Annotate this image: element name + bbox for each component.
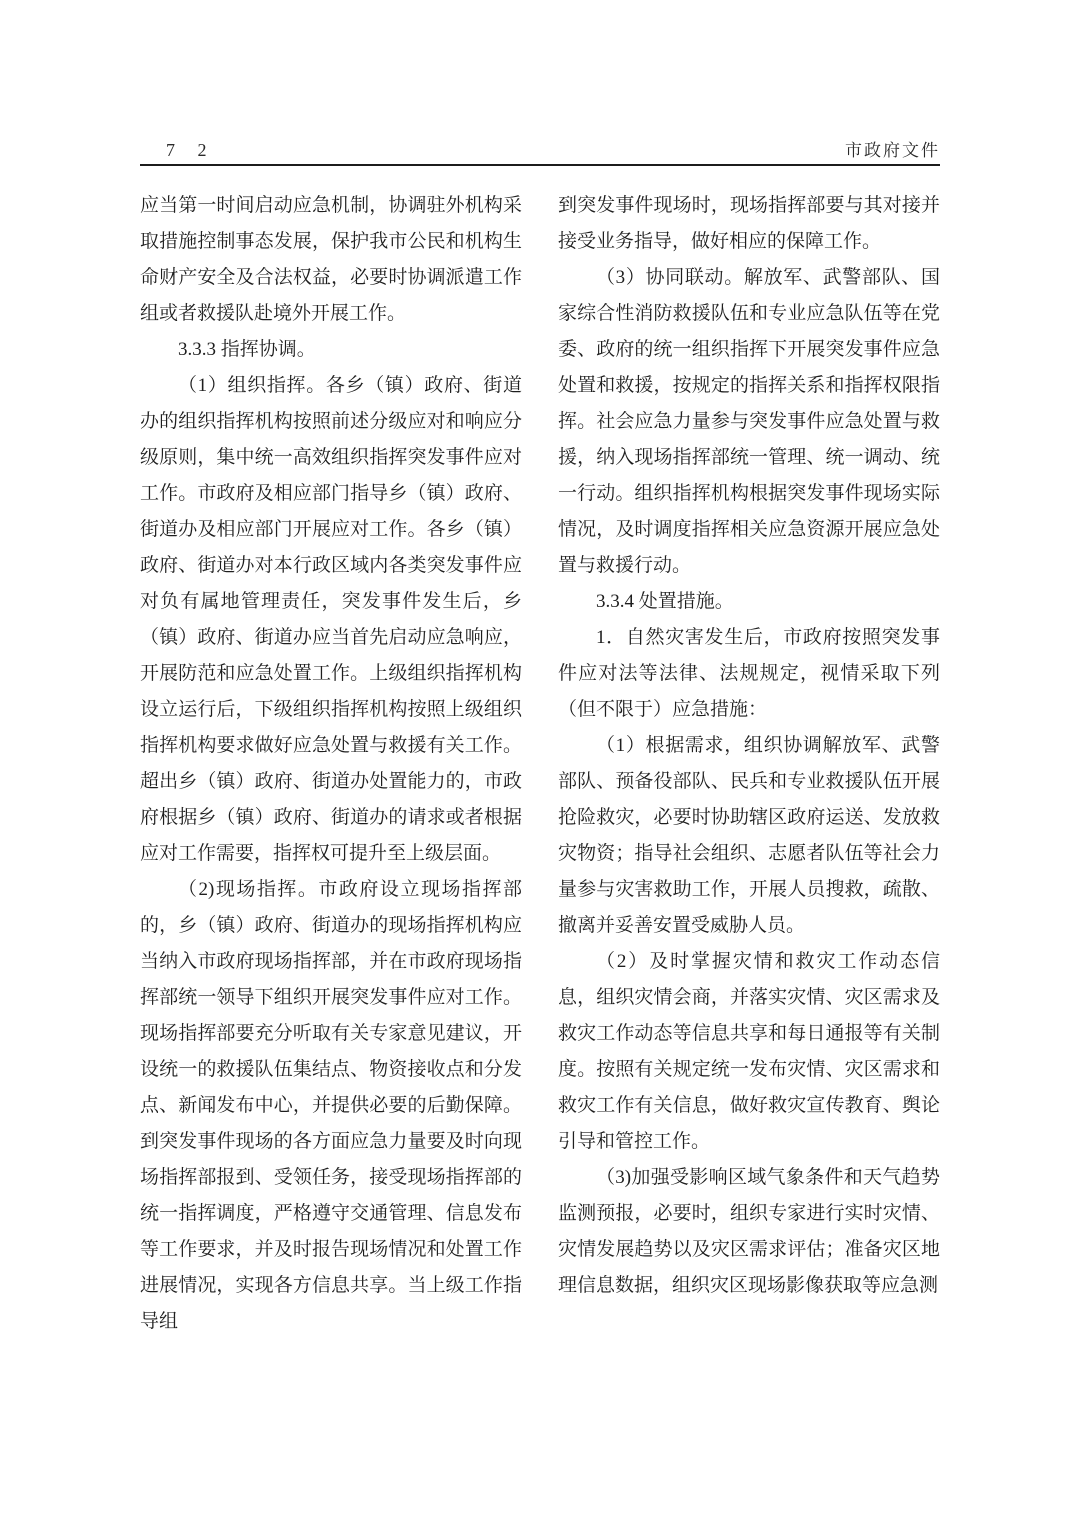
document-page: 7 2 市政府文件 应当第一时间启动应急机制，协调驻外机构采取措施控制事态发展，…	[0, 0, 1074, 1520]
paragraph: 3.3.3 指挥协调。	[140, 332, 522, 368]
doc-type-label: 市政府文件	[845, 136, 940, 161]
right-column: 到突发事件现场时，现场指挥部要与其对接并接受业务指导，做好相应的保障工作。（3）…	[558, 188, 940, 1340]
paragraph: 应当第一时间启动应急机制，协调驻外机构采取措施控制事态发展，保护我市公民和机构生…	[140, 188, 522, 332]
paragraph: 到突发事件现场时，现场指挥部要与其对接并接受业务指导，做好相应的保障工作。	[558, 188, 940, 260]
paragraph: 1．自然灾害发生后，市政府按照突发事件应对法等法律、法规规定，视情采取下列（但不…	[558, 620, 940, 728]
page-header: 7 2 市政府文件	[140, 126, 940, 166]
paragraph: （3)加强受影响区域气象条件和天气趋势监测预报，必要时，组织专家进行实时灾情、灾…	[558, 1160, 940, 1304]
paragraph: （1）组织指挥。各乡（镇）政府、街道办的组织指挥机构按照前述分级应对和响应分级原…	[140, 368, 522, 872]
paragraph: （2)现场指挥。市政府设立现场指挥部的，乡（镇）政府、街道办的现场指挥机构应当纳…	[140, 872, 522, 1340]
page-number: 7 2	[140, 140, 216, 161]
paragraph: 3.3.4 处置措施。	[558, 584, 940, 620]
paragraph: （2）及时掌握灾情和救灾工作动态信息，组织灾情会商，并落实灾情、灾区需求及救灾工…	[558, 944, 940, 1160]
document-body: 应当第一时间启动应急机制，协调驻外机构采取措施控制事态发展，保护我市公民和机构生…	[140, 188, 940, 1340]
left-column: 应当第一时间启动应急机制，协调驻外机构采取措施控制事态发展，保护我市公民和机构生…	[140, 188, 522, 1340]
paragraph: （1）根据需求，组织协调解放军、武警部队、预备役部队、民兵和专业救援队伍开展抢险…	[558, 728, 940, 944]
paragraph: （3）协同联动。解放军、武警部队、国家综合性消防救援队伍和专业应急队伍等在党委、…	[558, 260, 940, 584]
